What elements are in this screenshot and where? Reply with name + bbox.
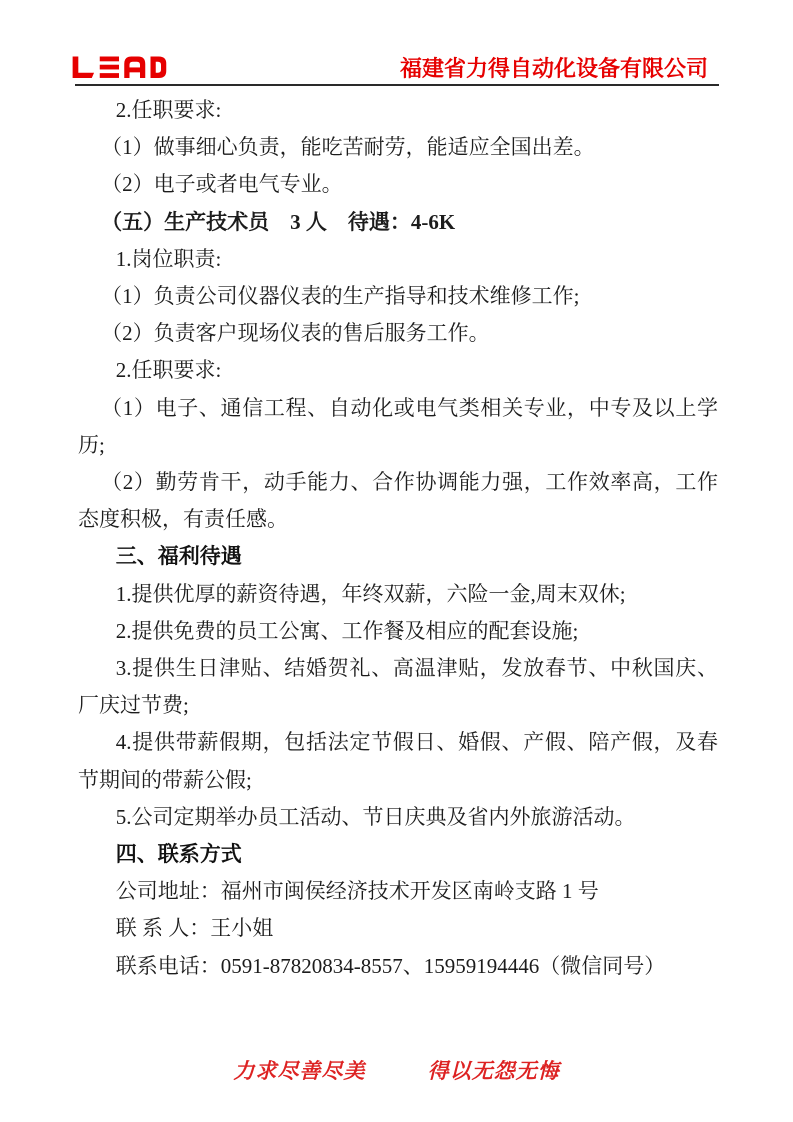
company-name: 福建省力得自动化设备有限公司 xyxy=(400,55,708,82)
paragraph: 1.提供优厚的薪资待遇，年终双薪，六险一金,周末双休; xyxy=(78,576,718,613)
lead-logo-letters xyxy=(73,57,167,78)
page-footer: 力求尽善尽美 得以无怨无悔 xyxy=(0,1057,793,1085)
paragraph: 联 系 人：王小姐 xyxy=(78,910,718,947)
paragraph: 4.提供带薪假期，包括法定节假日、婚假、产假、陪产假，及春节期间的带薪公假; xyxy=(78,724,718,798)
paragraph: （五）生产技术员 3 人 待遇：4-6K xyxy=(78,204,718,241)
document-body: 2.任职要求:（1）做事细心负责，能吃苦耐劳，能适应全国出差。（2）电子或者电气… xyxy=(78,92,718,985)
paragraph: （1）负责公司仪器仪表的生产指导和技术维修工作; xyxy=(78,278,718,315)
paragraph: （2）勤劳肯干，动手能力、合作协调能力强，工作效率高，工作态度积极，有责任感。 xyxy=(78,464,718,538)
document-page: 福建省力得自动化设备有限公司 2.任职要求:（1）做事细心负责，能吃苦耐劳，能适… xyxy=(0,0,793,1122)
header-rule xyxy=(75,84,719,86)
paragraph: （1）做事细心负责，能吃苦耐劳，能适应全国出差。 xyxy=(78,129,718,166)
lead-logo-icon xyxy=(70,55,168,79)
paragraph: 1.岗位职责: xyxy=(78,241,718,278)
section-heading: 三、福利待遇 xyxy=(78,538,718,575)
paragraph: （2）负责客户现场仪表的售后服务工作。 xyxy=(78,315,718,352)
paragraph: 公司地址：福州市闽侯经济技术开发区南岭支路 1 号 xyxy=(78,873,718,910)
footer-slogan-left: 力求尽善尽美 xyxy=(233,1059,365,1083)
paragraph: 2.任职要求: xyxy=(78,92,718,129)
section-heading: 四、联系方式 xyxy=(78,836,718,873)
paragraph: 2.任职要求: xyxy=(78,352,718,389)
paragraph: 5.公司定期举办员工活动、节日庆典及省内外旅游活动。 xyxy=(78,799,718,836)
paragraph: （1）电子、通信工程、自动化或电气类相关专业，中专及以上学历; xyxy=(78,390,718,464)
paragraph: （2）电子或者电气专业。 xyxy=(78,166,718,203)
paragraph: 2.提供免费的员工公寓、工作餐及相应的配套设施; xyxy=(78,613,718,650)
footer-slogan-right: 得以无怨无悔 xyxy=(428,1059,560,1083)
paragraph: 3.提供生日津贴、结婚贺礼、高温津贴，发放春节、中秋国庆、厂庆过节费; xyxy=(78,650,718,724)
paragraph: 联系电话：0591-87820834-8557、15959194446（微信同号… xyxy=(78,948,718,985)
